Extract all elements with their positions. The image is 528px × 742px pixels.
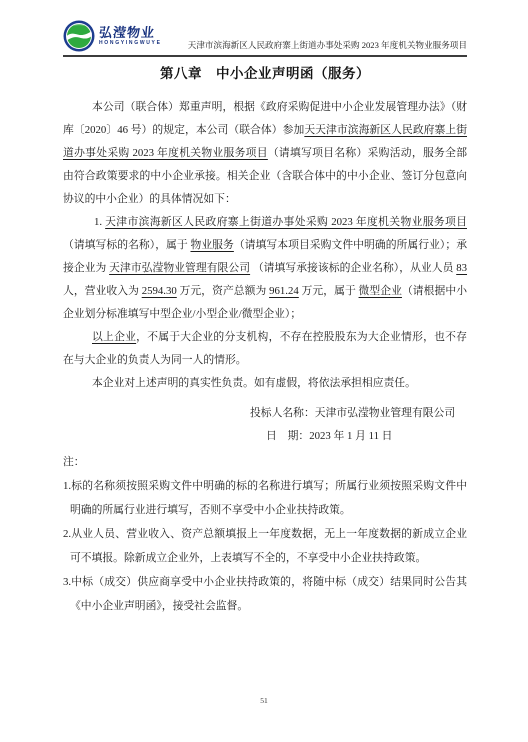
- brand-text: 弘滢物业 HONGYINGWUYE: [99, 26, 162, 46]
- page-header: 弘滢物业 HONGYINGWUYE 天津市滨海新区人民政府寨上街道办事处采购 2…: [63, 13, 467, 57]
- page-title: 第八章 中小企业声明函（服务）: [63, 62, 467, 86]
- paragraph-above-enterprises: 以上企业，不属于大企业的分支机构，不存在控股股东为大企业情形，也不存在与大企业的…: [63, 326, 467, 372]
- date-value: 2023 年 1 月 11 日: [309, 430, 392, 442]
- brand-name-en: HONGYINGWUYE: [99, 41, 162, 46]
- document-page: 弘滢物业 HONGYINGWUYE 天津市滨海新区人民政府寨上街道办事处采购 2…: [0, 0, 528, 742]
- paragraph-item-1: 1. 天津市滨海新区人民政府寨上街道办事处采购 2023 年度机关物业服务项目（…: [63, 211, 467, 326]
- note-item-2: 2.从业人员、营业收入、资产总额填报上一年度数据，无上一年度数据的新成立企业可不…: [63, 522, 467, 570]
- note-item-3: 3.中标（成交）供应商享受中小企业扶持政策的，将随中标（成交）结果同时公告其《中…: [63, 570, 467, 618]
- notes-section: 注： 1.标的名称须按照采购文件中明确的标的名称进行填写；所属行业须按照采购文件…: [63, 450, 467, 618]
- signature-block: 投标人名称：天津市弘滢物业管理有限公司 日 期：2023 年 1 月 11 日: [63, 402, 467, 448]
- document-body: 第八章 中小企业声明函（服务） 本公司（联合体）郑重声明，根据《政府采购促进中小…: [63, 58, 467, 618]
- bidder-name-row: 投标人名称：天津市弘滢物业管理有限公司: [63, 402, 467, 425]
- bidder-name-label: 投标人名称：: [250, 407, 315, 419]
- date-row: 日 期：2023 年 1 月 11 日: [63, 425, 467, 448]
- note-item-1: 1.标的名称须按照采购文件中明确的标的名称进行填写；所属行业须按照采购文件中明确…: [63, 474, 467, 522]
- company-logo: 弘滢物业 HONGYINGWUYE: [63, 20, 162, 52]
- paragraph-declaration: 本公司（联合体）郑重声明，根据《政府采购促进中小企业发展管理办法》（财库〔202…: [63, 96, 467, 211]
- notes-label: 注：: [63, 450, 467, 474]
- logo-swirl-icon: [63, 20, 95, 52]
- header-project-title: 天津市滨海新区人民政府寨上街道办事处采购 2023 年度机关物业服务项目: [188, 39, 467, 52]
- bidder-name-value: 天津市弘滢物业管理有限公司: [315, 407, 455, 419]
- page-number: 51: [0, 696, 528, 705]
- paragraph-responsibility: 本企业对上述声明的真实性负责。如有虚假，将依法承担相应责任。: [63, 372, 467, 395]
- date-label: 日 期：: [266, 430, 309, 442]
- brand-name-cn: 弘滢物业: [98, 26, 162, 39]
